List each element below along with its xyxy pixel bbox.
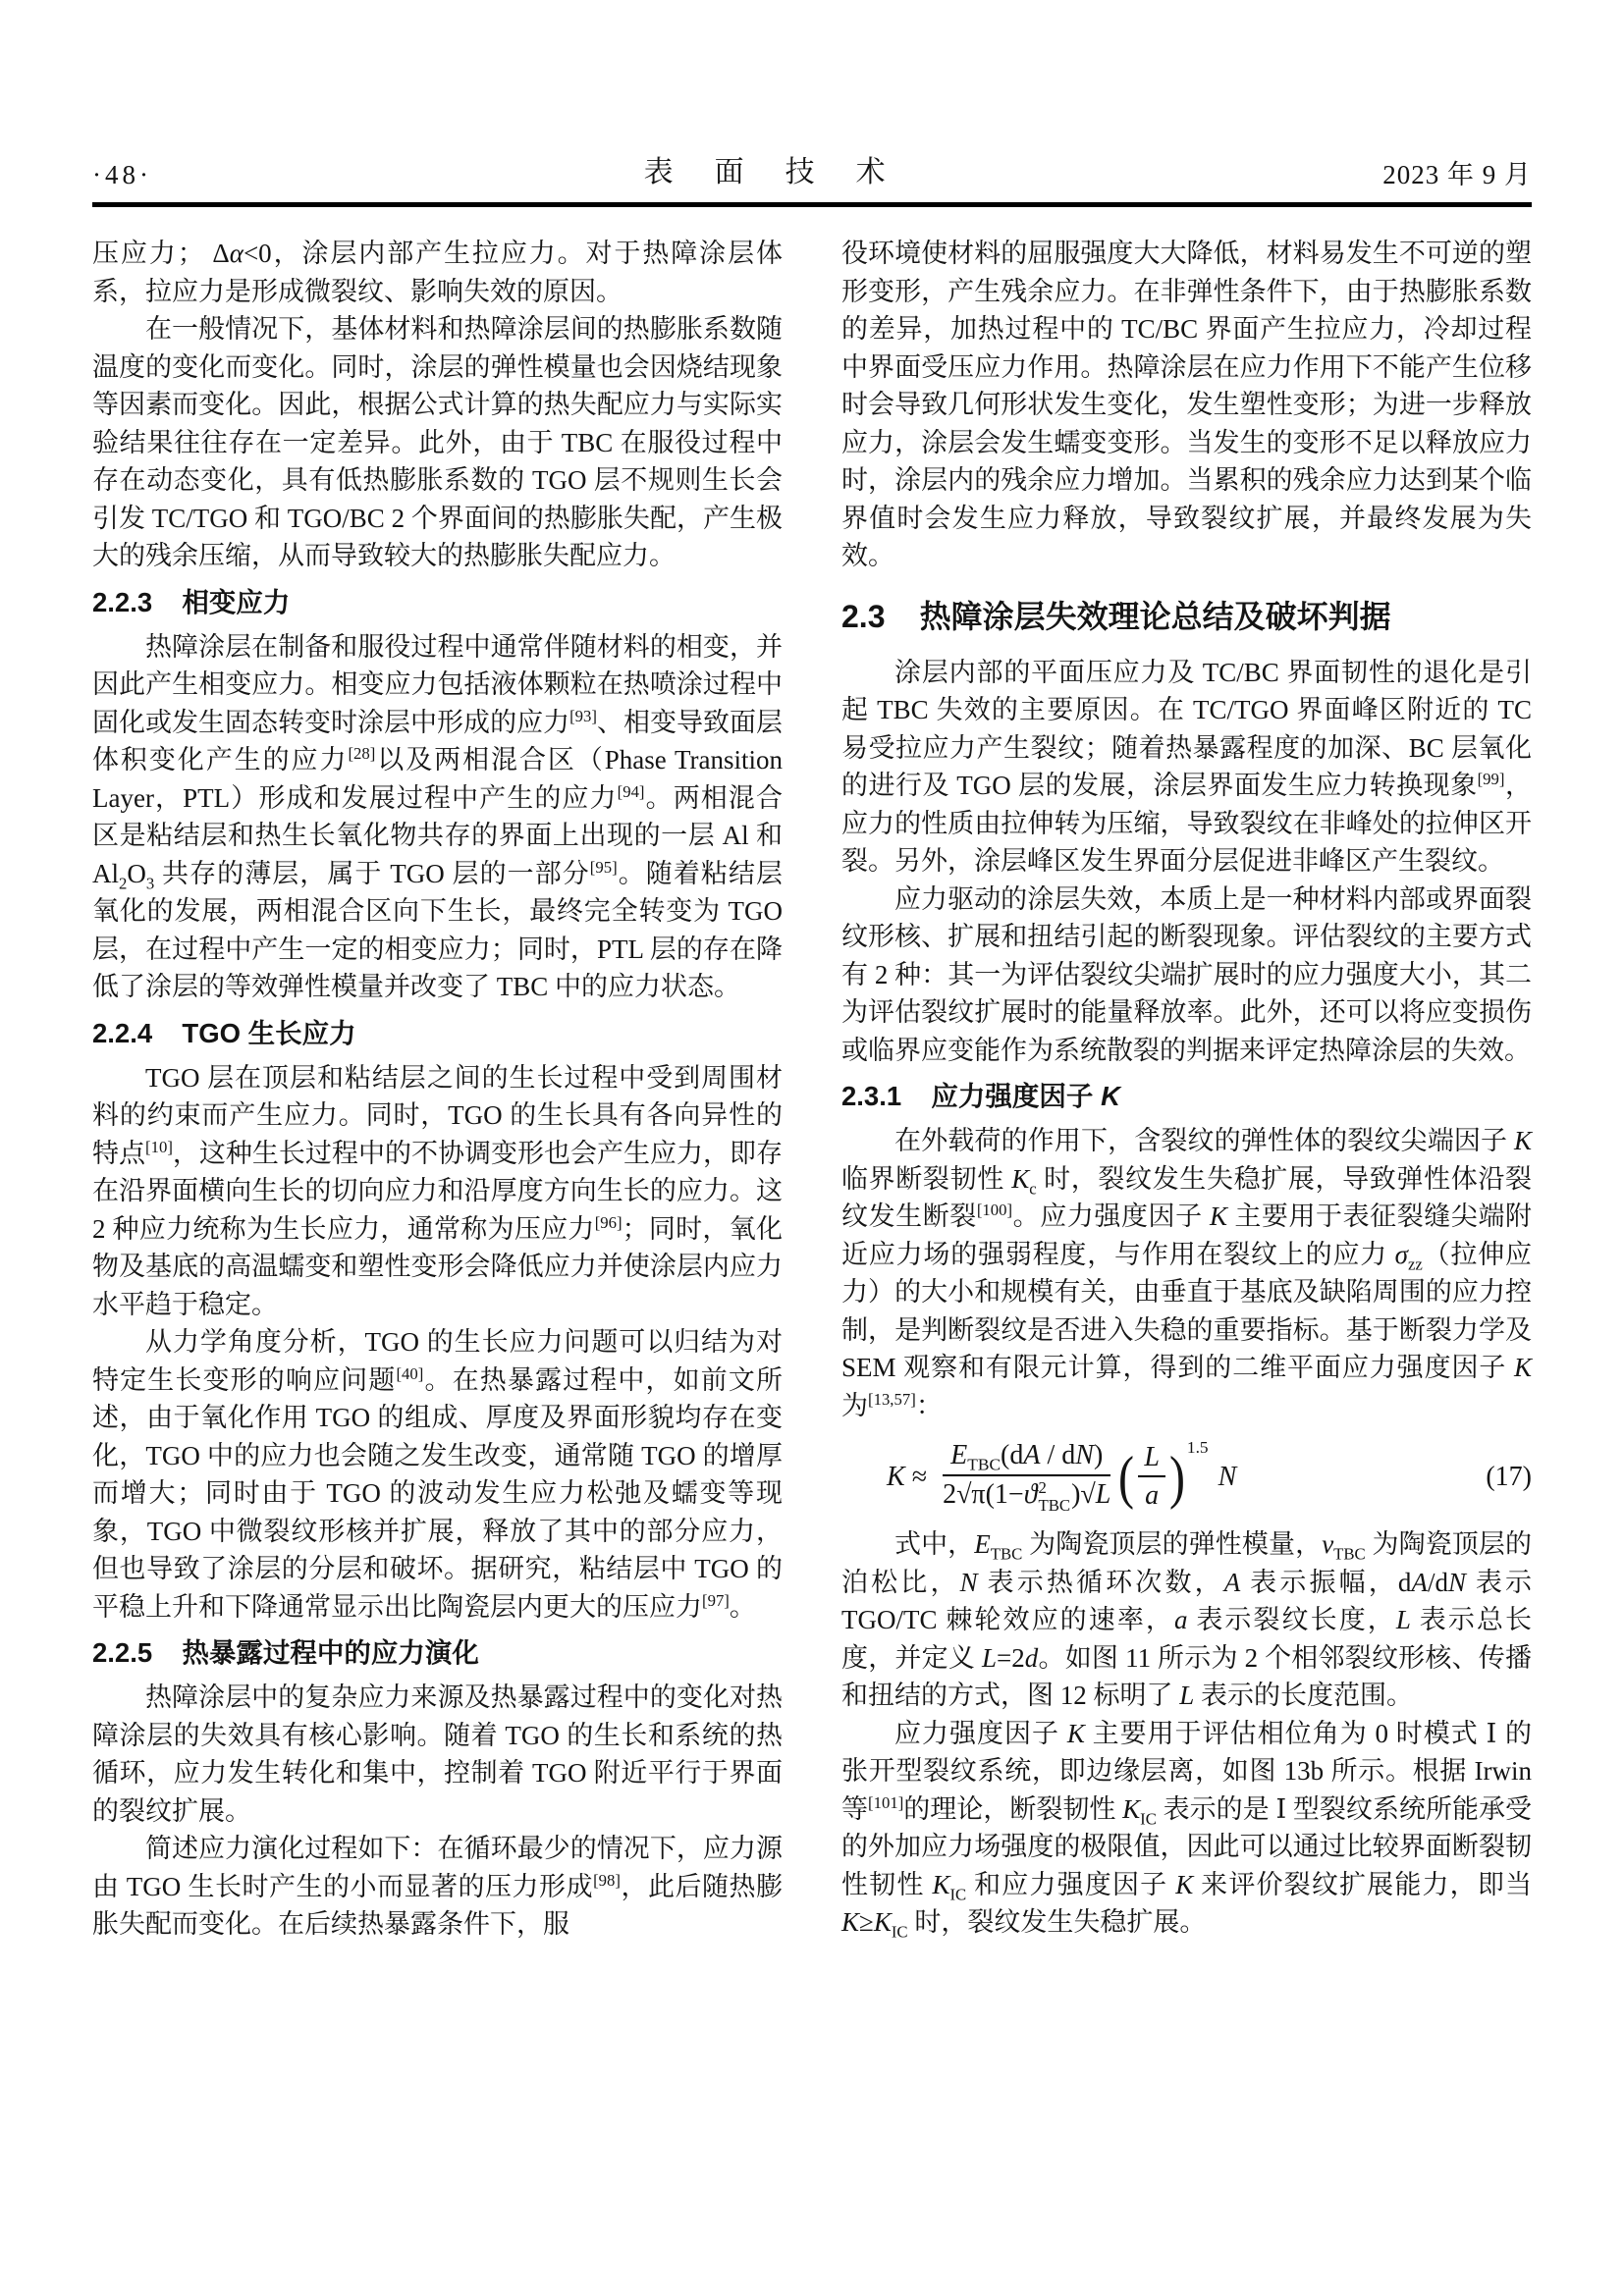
right-paragraph-8: 式中，ETBC 为陶瓷顶层的弹性模量，vTBC 为陶瓷顶层的泊松比，N 表示热循… <box>841 1525 1532 1715</box>
fraction-numerator: L <box>1138 1442 1165 1477</box>
section-number: 2.2.3 <box>92 587 152 617</box>
journal-page: ·48· 表 面 技 术 2023 年 9 月 压应力； Δα<0，涂层内部产生… <box>0 0 1624 2296</box>
close-paren: ) <box>1169 1451 1185 1504</box>
section-number: 2.3 <box>841 599 885 634</box>
text-columns: 压应力； Δα<0，涂层内部产生拉应力。对于热障涂层体系，拉应力是形成微裂纹、影… <box>92 235 1532 1944</box>
section-title: 热暴露过程中的应力演化 <box>182 1637 479 1668</box>
page-number: ·48· <box>92 159 152 190</box>
stacked-sup-sub: 2TBC <box>1038 1479 1070 1514</box>
right-paragraph-1: 役环境使材料的屈服强度大大降低，材料易发生不可逆的塑形变形，产生残余应力。在非弹… <box>841 235 1532 575</box>
fraction-denominator: a <box>1145 1477 1159 1512</box>
left-paragraph-1: 压应力； Δα<0，涂层内部产生拉应力。对于热障涂层体系，拉应力是形成微裂纹、影… <box>92 235 783 310</box>
section-number: 2.2.4 <box>92 1018 152 1048</box>
right-paragraph-4: 应力驱动的涂层失效，本质上是一种材料内部或界面裂纹形核、扩展和扭结引起的断裂现象… <box>841 881 1532 1070</box>
right-column: 役环境使材料的屈服强度大大降低，材料易发生不可逆的塑形变形，产生残余应力。在非弹… <box>841 235 1532 1944</box>
equation-number: (17) <box>1486 1462 1532 1493</box>
right-paragraph-3: 涂层内部的平面压应力及 TC/BC 界面韧性的退化是引起 TBC 失效的主要原因… <box>841 654 1532 881</box>
header-rule <box>92 202 1532 207</box>
left-paragraph-4: 热障涂层在制备和服役过程中通常伴随材料的相变，并因此产生相变应力。相变应力包括液… <box>92 628 783 1006</box>
left-paragraph-2: 在一般情况下，基体材料和热障涂层间的热膨胀系数随温度的变化而变化。同时，涂层的弹… <box>92 310 783 575</box>
equation-main-fraction: ETBC(dA / dN)2√π(1−ϑ2TBC)√L <box>943 1440 1110 1514</box>
section-title: 应力强度因子 K <box>931 1081 1120 1111</box>
section-title: 相变应力 <box>182 587 290 617</box>
equation-lhs: K ≈ <box>887 1462 927 1493</box>
equation-body: K ≈ETBC(dA / dN)2√π(1−ϑ2TBC)√L(La)1.5N <box>887 1440 1236 1514</box>
left-paragraph-7: 从力学角度分析，TGO 的生长应力问题可以归结为对特定生长变形的响应问题[40]… <box>92 1323 783 1626</box>
page-header: ·48· 表 面 技 术 2023 年 9 月 <box>92 147 1532 190</box>
section-number: 2.2.5 <box>92 1637 152 1668</box>
section-heading-2.3: 2.3热障涂层失效理论总结及破坏判据 <box>841 595 1532 638</box>
section-heading-2.2.5: 2.2.5热暴露过程中的应力演化 <box>92 1634 783 1672</box>
section-heading-2.3.1: 2.3.1应力强度因子 K <box>841 1078 1532 1115</box>
open-paren: ( <box>1118 1451 1134 1504</box>
journal-title: 表 面 技 术 <box>644 155 892 190</box>
left-paragraph-9: 热障涂层中的复杂应力来源及热暴露过程中的变化对热障涂层的失效具有核心影响。随着 … <box>92 1679 783 1830</box>
equation-tail: N <box>1218 1462 1237 1493</box>
fraction-numerator: ETBC(dA / dN) <box>943 1440 1110 1476</box>
right-paragraph-9: 应力强度因子 K 主要用于评估相位角为 0 时模式 Ⅰ 的张开型裂纹系统，即边缘… <box>841 1715 1532 1942</box>
issue-date: 2023 年 9 月 <box>1382 159 1532 190</box>
section-number: 2.3.1 <box>841 1081 901 1111</box>
section-heading-2.2.4: 2.2.4TGO 生长应力 <box>92 1015 783 1052</box>
right-paragraph-6: 在外载荷的作用下，含裂纹的弹性体的裂纹尖端因子 K 临界断裂韧性 Kc 时，裂纹… <box>841 1122 1532 1424</box>
equation-paren-fraction: La <box>1138 1442 1165 1512</box>
left-column: 压应力； Δα<0，涂层内部产生拉应力。对于热障涂层体系，拉应力是形成微裂纹、影… <box>92 235 783 1944</box>
section-heading-2.2.3: 2.2.3相变应力 <box>92 584 783 621</box>
fraction-denominator: 2√π(1−ϑ2TBC)√L <box>943 1476 1110 1514</box>
equation-17: K ≈ETBC(dA / dN)2√π(1−ϑ2TBC)√L(La)1.5N(1… <box>841 1440 1532 1514</box>
left-paragraph-6: TGO 层在顶层和粘结层之间的生长过程中受到周围材料的约束而产生应力。同时，TG… <box>92 1059 783 1324</box>
left-paragraph-10: 简述应力演化过程如下：在循环最少的情况下，应力源由 TGO 生长时产生的小而显著… <box>92 1830 783 1944</box>
section-title: 热障涂层失效理论总结及破坏判据 <box>920 599 1391 634</box>
section-title: TGO 生长应力 <box>182 1018 355 1048</box>
